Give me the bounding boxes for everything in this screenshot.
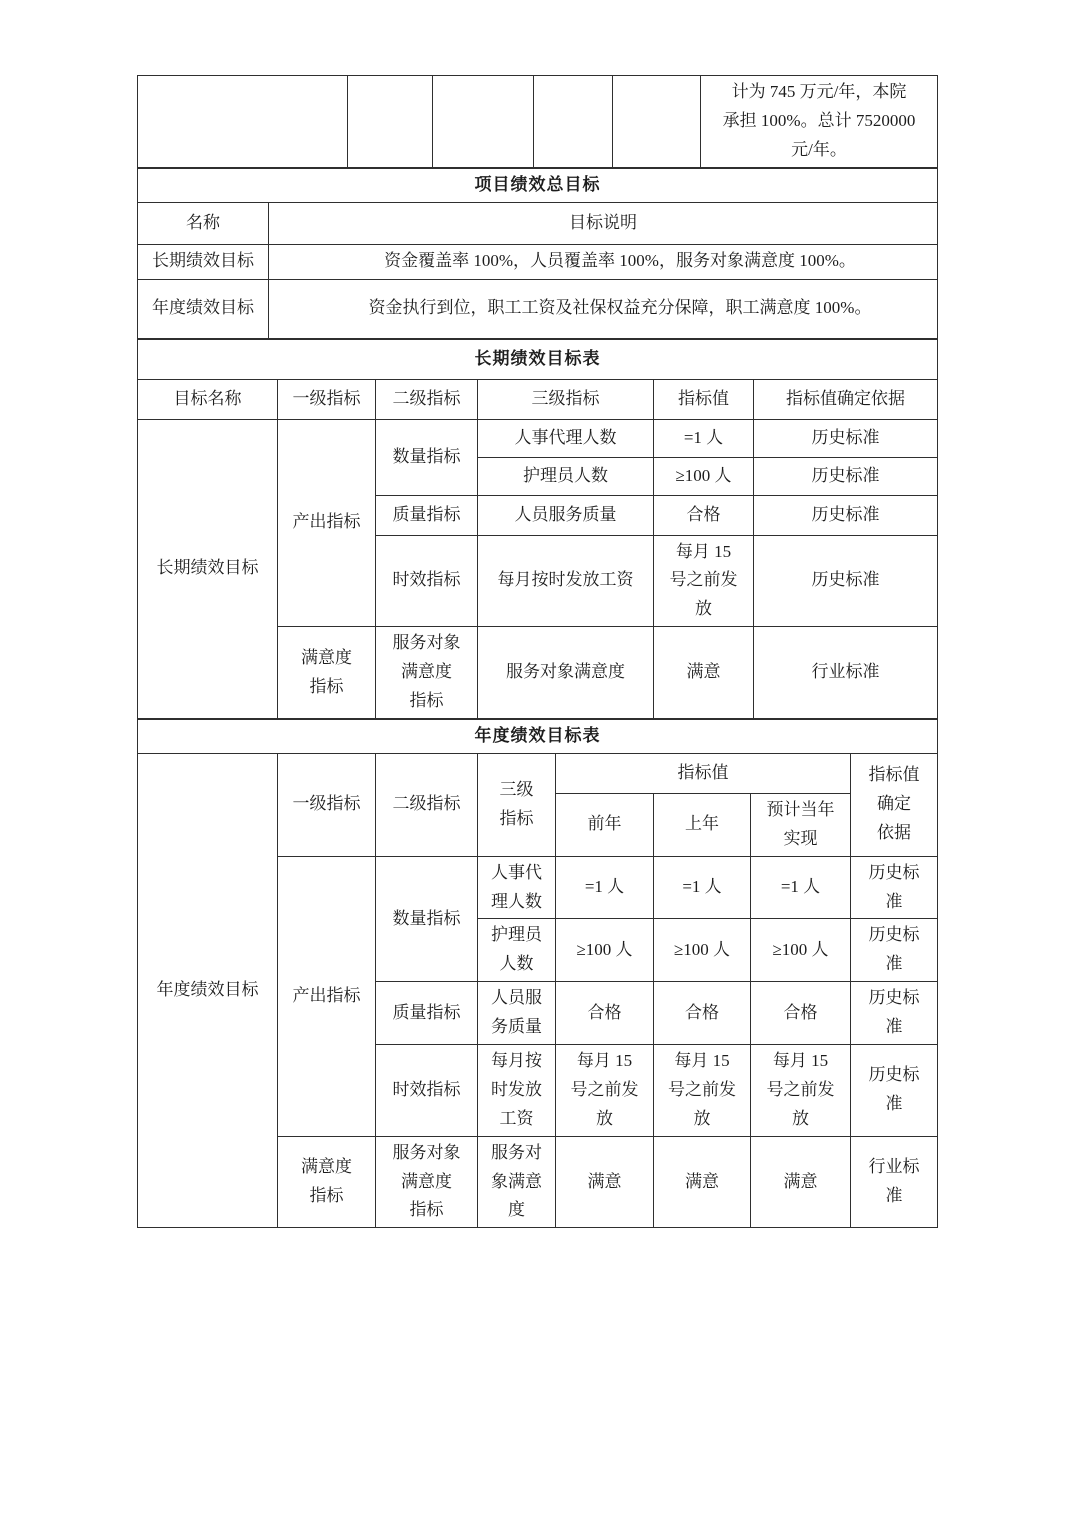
cell-level3: 人员服务质量 bbox=[478, 495, 654, 535]
longterm-target-table: 长期绩效目标表 目标名称 一级指标 二级指标 三级指标 指标值 指标值确定依据 … bbox=[137, 339, 938, 719]
cell-level2: 数量指标 bbox=[376, 856, 478, 982]
header-current-year: 预计当年 实现 bbox=[751, 793, 851, 856]
cell-value-current: 满意 bbox=[751, 1136, 851, 1228]
cell-level2: 数量指标 bbox=[376, 419, 478, 495]
cell-value-current: ≥100 人 bbox=[751, 919, 851, 982]
carryover-row-table: 计为 745 万元/年，本院 承担 100%。总计 7520000 元/年。 bbox=[137, 75, 938, 168]
table-row: 年度绩效目标 资金执行到位，职工工资及社保权益充分保障，职工满意度 100%。 bbox=[138, 279, 938, 338]
cell-value-prev2: ≥100 人 bbox=[556, 919, 654, 982]
cell-value-prev2: 满意 bbox=[556, 1136, 654, 1228]
header-prev-year2: 前年 bbox=[556, 793, 654, 856]
empty-cell bbox=[613, 76, 701, 168]
table-row: 年度绩效目标表 bbox=[138, 719, 938, 753]
cell-level1: 满意度 指标 bbox=[278, 1136, 376, 1228]
cell-level3: 服务对 象满意 度 bbox=[478, 1136, 556, 1228]
annual-target-table: 年度绩效目标表 年度绩效目标 一级指标 二级指标 三级 指标 指标值 指标值 确… bbox=[137, 719, 938, 1228]
table-row: 年度绩效目标 一级指标 二级指标 三级 指标 指标值 指标值 确定 依据 bbox=[138, 753, 938, 793]
cell-level3: 每月按 时发放 工资 bbox=[478, 1045, 556, 1137]
cell-basis: 历史标准 bbox=[754, 535, 938, 627]
cell-value: 每月 15 号之前发 放 bbox=[654, 535, 754, 627]
table-row: 目标名称 一级指标 二级指标 三级指标 指标值 指标值确定依据 bbox=[138, 379, 938, 419]
header-level2: 二级指标 bbox=[376, 379, 478, 419]
performance-target-document: 计为 745 万元/年，本院 承担 100%。总计 7520000 元/年。 项… bbox=[137, 75, 937, 1228]
table-row: 长期绩效目标 资金覆盖率 100%，人员覆盖率 100%，服务对象满意度 100… bbox=[138, 244, 938, 279]
header-level1: 一级指标 bbox=[278, 753, 376, 856]
cell-level3: 人事代理人数 bbox=[478, 419, 654, 457]
cell-value-prev2: 每月 15 号之前发 放 bbox=[556, 1045, 654, 1137]
header-level3: 三级指标 bbox=[478, 379, 654, 419]
empty-cell bbox=[534, 76, 613, 168]
cell-value-prev1: ≥100 人 bbox=[654, 919, 751, 982]
header-value-group: 指标值 bbox=[556, 753, 851, 793]
header-value: 指标值 bbox=[654, 379, 754, 419]
cell-basis: 行业标 准 bbox=[851, 1136, 938, 1228]
table-row: 项目绩效总目标 bbox=[138, 168, 938, 202]
overall-target-table: 项目绩效总目标 名称 目标说明 长期绩效目标 资金覆盖率 100%，人员覆盖率 … bbox=[137, 168, 938, 339]
cell-value: 满意 bbox=[654, 627, 754, 719]
cell-level3: 护理员人数 bbox=[478, 457, 654, 495]
cell-level2: 服务对象 满意度 指标 bbox=[376, 627, 478, 719]
cell-basis: 历史标 准 bbox=[851, 1045, 938, 1137]
cell-goal-name: 长期绩效目标 bbox=[138, 244, 269, 279]
cell-value-prev1: 每月 15 号之前发 放 bbox=[654, 1045, 751, 1137]
header-goal-name: 目标名称 bbox=[138, 379, 278, 419]
empty-cell bbox=[348, 76, 433, 168]
cell-goal-name: 年度绩效目标 bbox=[138, 279, 269, 338]
cell-level2: 服务对象 满意度 指标 bbox=[376, 1136, 478, 1228]
cell-goal-name: 长期绩效目标 bbox=[138, 419, 278, 718]
cell-level1: 产出指标 bbox=[278, 419, 376, 627]
header-basis: 指标值确定依据 bbox=[754, 379, 938, 419]
cell-basis: 历史标 准 bbox=[851, 856, 938, 919]
overall-section-title: 项目绩效总目标 bbox=[138, 168, 938, 202]
cell-level3: 护理员 人数 bbox=[478, 919, 556, 982]
cell-goal-desc: 资金执行到位，职工工资及社保权益充分保障，职工满意度 100%。 bbox=[269, 279, 938, 338]
cell-value-current: =1 人 bbox=[751, 856, 851, 919]
header-level1: 一级指标 bbox=[278, 379, 376, 419]
header-level2: 二级指标 bbox=[376, 753, 478, 856]
cell-level2: 质量指标 bbox=[376, 495, 478, 535]
cell-value-prev2: 合格 bbox=[556, 982, 654, 1045]
cell-level3: 每月按时发放工资 bbox=[478, 535, 654, 627]
cell-value: 合格 bbox=[654, 495, 754, 535]
empty-cell bbox=[433, 76, 534, 168]
header-name: 名称 bbox=[138, 202, 269, 244]
table-row: 长期绩效目标 产出指标 数量指标 人事代理人数 =1 人 历史标准 bbox=[138, 419, 938, 457]
cell-goal-desc: 资金覆盖率 100%，人员覆盖率 100%，服务对象满意度 100%。 bbox=[269, 244, 938, 279]
header-prev-year1: 上年 bbox=[654, 793, 751, 856]
cell-basis: 历史标 准 bbox=[851, 982, 938, 1045]
cell-level2: 时效指标 bbox=[376, 1045, 478, 1137]
cell-basis: 历史标准 bbox=[754, 457, 938, 495]
cell-basis: 行业标准 bbox=[754, 627, 938, 719]
cell-level1: 满意度 指标 bbox=[278, 627, 376, 719]
annual-table-title: 年度绩效目标表 bbox=[138, 719, 938, 753]
cell-level1: 产出指标 bbox=[278, 856, 376, 1136]
header-basis: 指标值 确定 依据 bbox=[851, 753, 938, 856]
cell-value-prev1: 合格 bbox=[654, 982, 751, 1045]
empty-cell bbox=[138, 76, 348, 168]
cell-level2: 质量指标 bbox=[376, 982, 478, 1045]
cell-value: ≥100 人 bbox=[654, 457, 754, 495]
cell-basis: 历史标 准 bbox=[851, 919, 938, 982]
cell-level3: 服务对象满意度 bbox=[478, 627, 654, 719]
carryover-note-cell: 计为 745 万元/年，本院 承担 100%。总计 7520000 元/年。 bbox=[701, 76, 938, 168]
table-row: 计为 745 万元/年，本院 承担 100%。总计 7520000 元/年。 bbox=[138, 76, 938, 168]
header-level3: 三级 指标 bbox=[478, 753, 556, 856]
cell-level3: 人员服 务质量 bbox=[478, 982, 556, 1045]
header-desc: 目标说明 bbox=[269, 202, 938, 244]
cell-value-prev1: 满意 bbox=[654, 1136, 751, 1228]
cell-goal-name: 年度绩效目标 bbox=[138, 753, 278, 1227]
cell-level3: 人事代 理人数 bbox=[478, 856, 556, 919]
cell-basis: 历史标准 bbox=[754, 495, 938, 535]
cell-level2: 时效指标 bbox=[376, 535, 478, 627]
longterm-table-title: 长期绩效目标表 bbox=[138, 339, 938, 379]
cell-basis: 历史标准 bbox=[754, 419, 938, 457]
table-row: 长期绩效目标表 bbox=[138, 339, 938, 379]
cell-value: =1 人 bbox=[654, 419, 754, 457]
cell-value-prev2: =1 人 bbox=[556, 856, 654, 919]
cell-value-prev1: =1 人 bbox=[654, 856, 751, 919]
table-row: 名称 目标说明 bbox=[138, 202, 938, 244]
cell-value-current: 每月 15 号之前发 放 bbox=[751, 1045, 851, 1137]
cell-value-current: 合格 bbox=[751, 982, 851, 1045]
